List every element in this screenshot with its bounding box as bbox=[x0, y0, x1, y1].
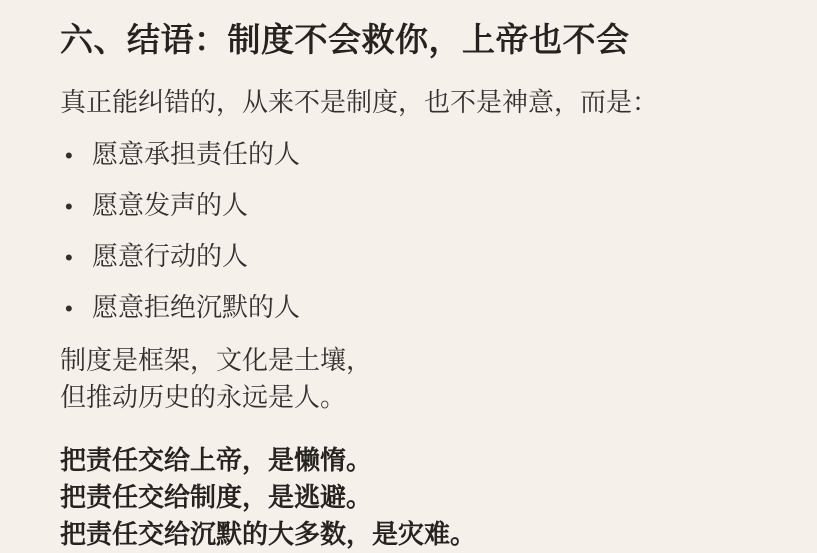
body-paragraph: 制度是框架，文化是土壤， 但推动历史的永远是人。 bbox=[60, 342, 777, 416]
emphasis-line: 把责任交给制度，是逃避。 bbox=[60, 479, 777, 516]
bullet-icon: • bbox=[60, 190, 92, 223]
list-item: • 愿意发声的人 bbox=[60, 189, 777, 223]
emphasis-block: 把责任交给上帝，是懒惰。 把责任交给制度，是逃避。 把责任交给沉默的大多数，是灾… bbox=[60, 442, 777, 553]
bullet-list: • 愿意承担责任的人 • 愿意发声的人 • 愿意行动的人 • 愿意拒绝沉默的人 bbox=[60, 138, 777, 325]
emphasis-line: 把责任交给沉默的大多数，是灾难。 bbox=[60, 516, 777, 553]
list-item-text: 愿意承担责任的人 bbox=[92, 138, 300, 171]
list-item-text: 愿意发声的人 bbox=[92, 189, 248, 222]
list-item: • 愿意行动的人 bbox=[60, 240, 777, 274]
bullet-icon: • bbox=[60, 292, 92, 325]
list-item: • 愿意承担责任的人 bbox=[60, 138, 777, 172]
bullet-icon: • bbox=[60, 139, 92, 172]
section-title: 六、结语：制度不会救你，上帝也不会 bbox=[60, 21, 777, 59]
document-page: 六、结语：制度不会救你，上帝也不会 真正能纠错的，从来不是制度，也不是神意，而是… bbox=[0, 0, 817, 553]
list-item-text: 愿意行动的人 bbox=[92, 240, 248, 273]
list-item-text: 愿意拒绝沉默的人 bbox=[92, 291, 300, 324]
emphasis-line: 把责任交给上帝，是懒惰。 bbox=[60, 442, 777, 479]
list-item: • 愿意拒绝沉默的人 bbox=[60, 291, 777, 325]
bullet-icon: • bbox=[60, 241, 92, 274]
paragraph-line: 制度是框架，文化是土壤， bbox=[60, 342, 777, 379]
paragraph-line: 但推动历史的永远是人。 bbox=[60, 379, 777, 416]
intro-text: 真正能纠错的，从来不是制度，也不是神意，而是： bbox=[60, 85, 777, 119]
